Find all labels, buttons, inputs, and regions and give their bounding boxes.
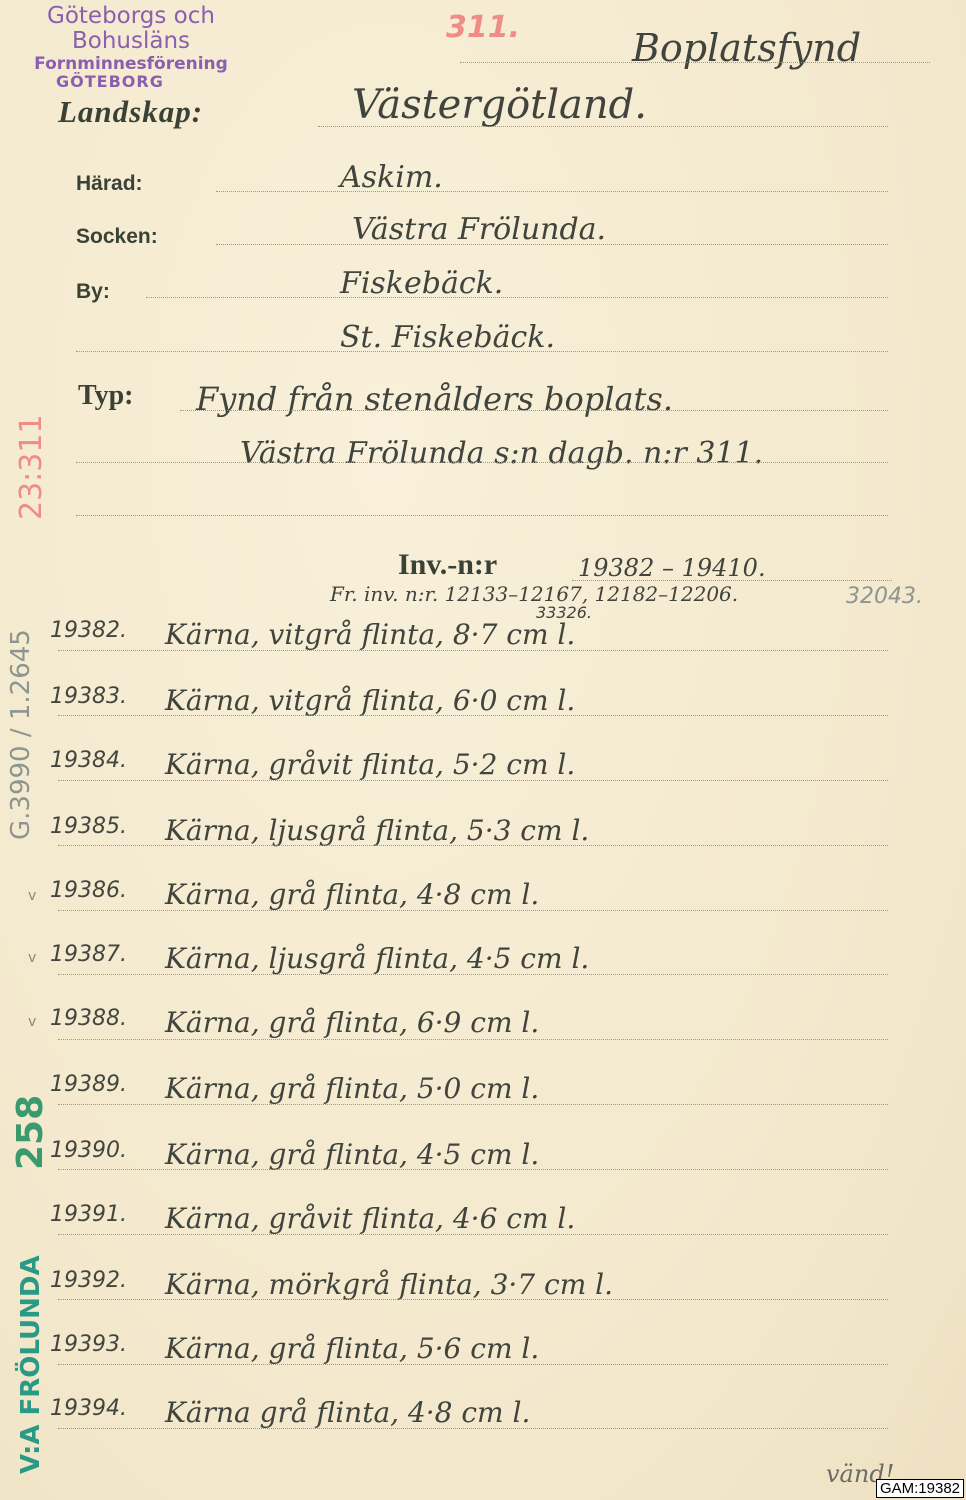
extra-number-gray: 32043. bbox=[846, 584, 923, 609]
typ-value: Fynd från stenålders boplats. bbox=[196, 380, 673, 418]
item-description: Kärna, vitgrå flinta, 8·7 cm l. bbox=[165, 618, 575, 651]
row-dotline bbox=[58, 1299, 888, 1300]
item-number: 19384. bbox=[50, 748, 127, 773]
category-dotline bbox=[460, 62, 930, 63]
category-text: Boplatsfynd bbox=[632, 26, 861, 70]
stamp-line-1: Göteborgs och bbox=[6, 4, 256, 29]
row-dotline bbox=[58, 974, 888, 975]
item-description: Kärna, grå flinta, 5·6 cm l. bbox=[165, 1332, 539, 1365]
row-dotline bbox=[58, 910, 888, 911]
landskap-dotline bbox=[318, 126, 888, 127]
green-number-note: 258 bbox=[10, 1095, 51, 1170]
item-number: 19392. bbox=[50, 1268, 127, 1293]
item-number: 19382. bbox=[50, 618, 127, 643]
teal-location-stamp: V:A FRÖLUNDA bbox=[16, 1255, 46, 1474]
socken-dotline bbox=[216, 244, 888, 245]
stamp-line-3: Fornminnesförening bbox=[6, 55, 256, 74]
item-description: Kärna, mörkgrå flinta, 3·7 cm l. bbox=[165, 1268, 613, 1301]
harad-label: Härad: bbox=[76, 172, 143, 196]
item-number: 19393. bbox=[50, 1332, 127, 1357]
item-number: 19386. bbox=[50, 878, 127, 903]
harad-value: Askim. bbox=[340, 160, 443, 195]
socken-value: Västra Frölunda. bbox=[352, 212, 606, 247]
typ-dotline bbox=[180, 410, 888, 411]
item-number: 19387. bbox=[50, 942, 127, 967]
landskap-value: Västergötland. bbox=[352, 82, 647, 128]
check-tick: v bbox=[28, 1014, 36, 1030]
typ-dotline-2 bbox=[76, 462, 888, 463]
row-dotline bbox=[58, 1104, 888, 1105]
item-description: Kärna, grå flinta, 6·9 cm l. bbox=[165, 1006, 539, 1039]
red-vertical-note: 23:311 bbox=[14, 414, 49, 520]
pencil-vertical-note: G.3990 / 1.2645 bbox=[6, 629, 36, 840]
item-description: Kärna grå flinta, 4·8 cm l. bbox=[165, 1396, 530, 1429]
inventory-dotline bbox=[572, 580, 892, 581]
item-description: Kärna, grå flinta, 5·0 cm l. bbox=[165, 1072, 539, 1105]
landskap-label: Landskap: bbox=[58, 94, 203, 130]
item-number: 19390. bbox=[50, 1138, 127, 1163]
item-description: Kärna, ljusgrå flinta, 5·3 cm l. bbox=[165, 814, 589, 847]
item-number: 19388. bbox=[50, 1006, 127, 1031]
image-id-label: GAM:19382 bbox=[876, 1479, 964, 1498]
blank-dotline bbox=[76, 515, 888, 516]
item-number: 19394. bbox=[50, 1396, 127, 1421]
by-value-2: St. Fiskebäck. bbox=[340, 320, 555, 355]
row-dotline bbox=[58, 1428, 888, 1429]
harad-dotline bbox=[216, 191, 888, 192]
row-dotline bbox=[58, 1169, 888, 1170]
row-dotline bbox=[58, 1234, 888, 1235]
row-dotline bbox=[58, 650, 888, 651]
item-description: Kärna, gråvit flinta, 4·6 cm l. bbox=[165, 1202, 575, 1235]
inventory-label: Inv.-n:r bbox=[398, 548, 497, 582]
row-dotline bbox=[58, 1039, 888, 1040]
by-dotline-2 bbox=[76, 351, 888, 352]
item-number: 19385. bbox=[50, 814, 127, 839]
stamp-line-2: Bohusläns bbox=[6, 29, 256, 54]
red-catalog-number: 311. bbox=[446, 10, 520, 45]
item-description: Kärna, grå flinta, 4·8 cm l. bbox=[165, 878, 539, 911]
row-dotline bbox=[58, 1364, 888, 1365]
typ-value-2: Västra Frölunda s:n dagb. n:r 311. bbox=[240, 436, 763, 471]
by-value: Fiskebäck. bbox=[340, 266, 503, 301]
socken-label: Socken: bbox=[76, 225, 158, 249]
item-description: Kärna, ljusgrå flinta, 4·5 cm l. bbox=[165, 942, 589, 975]
row-dotline bbox=[58, 780, 888, 781]
row-dotline bbox=[58, 845, 888, 846]
by-dotline bbox=[146, 297, 888, 298]
typ-label: Typ: bbox=[78, 380, 134, 412]
item-number: 19389. bbox=[50, 1072, 127, 1097]
item-description: Kärna, vitgrå flinta, 6·0 cm l. bbox=[165, 684, 575, 717]
item-description: Kärna, grå flinta, 4·5 cm l. bbox=[165, 1138, 539, 1171]
item-number: 19391. bbox=[50, 1202, 127, 1227]
check-tick: v bbox=[28, 888, 36, 904]
by-label: By: bbox=[76, 280, 110, 304]
row-dotline bbox=[58, 715, 888, 716]
item-number: 19383. bbox=[50, 684, 127, 709]
item-description: Kärna, gråvit flinta, 5·2 cm l. bbox=[165, 748, 575, 781]
check-tick: v bbox=[28, 950, 36, 966]
stamp-line-4: GÖTEBORG bbox=[6, 73, 256, 91]
former-inventory-note: Fr. inv. n:r. 12133–12167, 12182–12206. bbox=[330, 582, 738, 606]
inventory-range: 19382 – 19410. bbox=[578, 554, 766, 582]
museum-stamp: Göteborgs och Bohusläns Fornminnesföreni… bbox=[6, 4, 256, 91]
